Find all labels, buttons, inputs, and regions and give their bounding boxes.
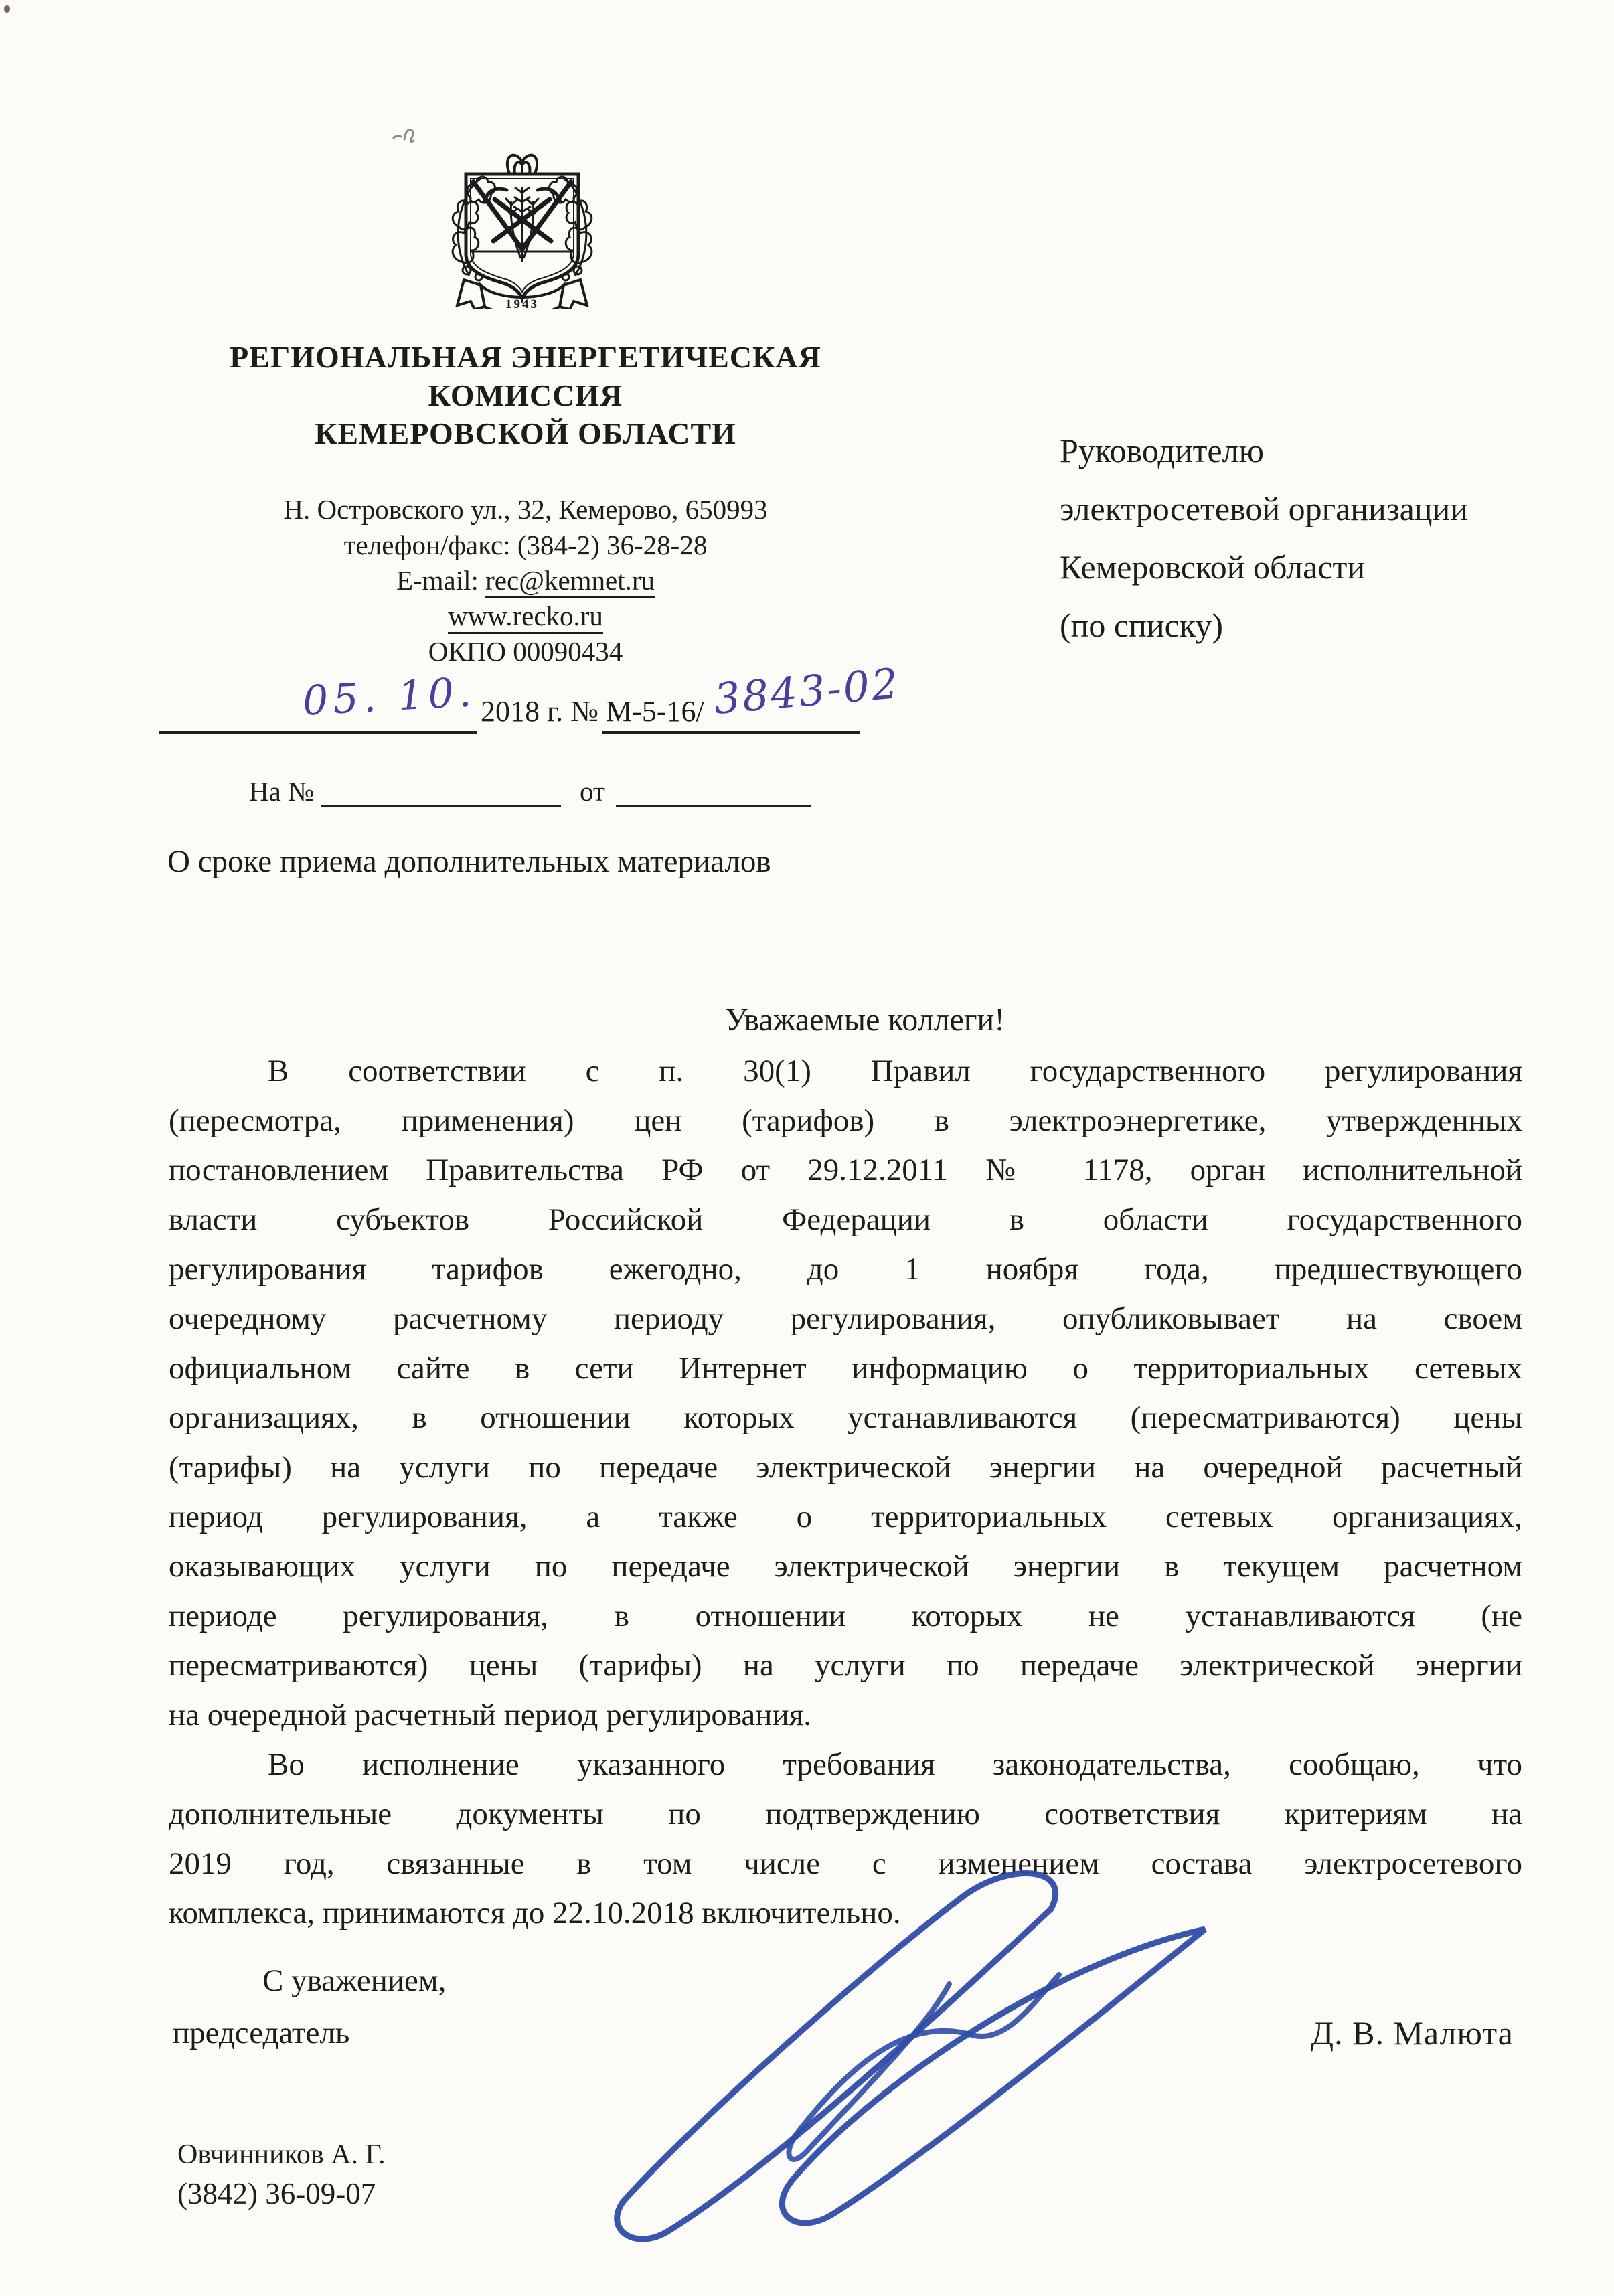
coat-of-arms-icon: 1943	[444, 149, 600, 309]
org-phone-fax: телефон/факс: (384-2) 36-28-28	[167, 527, 884, 563]
body-line: (пересмотра, применения) цен (тарифов) в…	[169, 1096, 1522, 1145]
emblem-tulip-crest	[507, 155, 537, 173]
body-line: Во исполнение указанного требования зако…	[169, 1740, 1522, 1789]
scan-speck	[4, 5, 10, 13]
email-label: E-mail:	[396, 565, 485, 596]
recipient-block: Руководителю электросетевой организации …	[1060, 422, 1568, 655]
subject-line: О сроке приема дополнительных материалов	[167, 843, 771, 880]
recipient-line: (по списку)	[1060, 596, 1568, 655]
body-line: регулирования тарифов ежегодно, до 1 ноя…	[169, 1244, 1522, 1294]
body-line: власти субъектов Российской Федерации в …	[169, 1195, 1522, 1244]
signer-name: Д. В. Малюта	[1311, 2014, 1514, 2052]
org-contacts: Н. Островского ул., 32, Кемерово, 650993…	[167, 492, 884, 669]
recipient-line: Кемеровской области	[1060, 538, 1568, 596]
body-line: на очередной расчетный период регулирова…	[169, 1690, 1522, 1740]
ribbon-banner-icon: 1943	[457, 280, 587, 309]
org-website-line: www.recko.ru	[167, 598, 884, 634]
number-blank-line	[602, 731, 860, 734]
body-line: официальном сайте в сети Интернет информ…	[169, 1343, 1522, 1393]
org-okpo: ОКПО 00090434	[167, 634, 884, 669]
stray-ink-mark-icon	[391, 123, 426, 146]
body-line: период регулирования, а также о территор…	[169, 1492, 1522, 1542]
body-line: организациях, в отношении которых устана…	[169, 1393, 1522, 1443]
reply-number-blank-line	[321, 805, 561, 807]
org-website: www.recko.ru	[448, 600, 603, 634]
org-email: rec@kemnet.ru	[485, 565, 655, 598]
closing-regards: С уважением,	[262, 1963, 446, 1999]
org-name-line: КОМИССИЯ	[167, 376, 884, 414]
reply-to-number-label: На №	[249, 775, 314, 807]
org-address: Н. Островского ул., 32, Кемерово, 650993	[167, 492, 884, 527]
contact-person-name: Овчинников А. Г.	[177, 2135, 386, 2174]
body-line: очередному расчетному периоду регулирова…	[169, 1294, 1522, 1343]
outgoing-number-printed: 2018 г. № М-5-16/	[481, 694, 704, 728]
emblem: 1943	[444, 149, 600, 313]
footer-contact-block: Овчинников А. Г. (3842) 36-09-07	[177, 2135, 386, 2213]
signature	[589, 1835, 1245, 2281]
signer-position: председатель	[173, 2015, 349, 2051]
body-paragraph-1: В соответствии с п. 30(1) Правил государ…	[169, 1046, 1522, 1740]
org-email-line: E-mail: rec@kemnet.ru	[167, 563, 884, 598]
handwritten-date: 05. 10.	[301, 669, 477, 724]
recipient-line: Руководителю	[1060, 422, 1568, 480]
org-name: РЕГИОНАЛЬНАЯ ЭНЕРГЕТИЧЕСКАЯ КОМИССИЯ КЕМ…	[167, 338, 884, 453]
body-line: оказывающих услуги по передаче электриче…	[169, 1542, 1522, 1591]
contact-person-phone: (3842) 36-09-07	[177, 2174, 386, 2213]
body-line: В соответствии с п. 30(1) Правил государ…	[169, 1046, 1522, 1096]
body-line: периоде регулирования, в отношении котор…	[169, 1591, 1522, 1641]
body-line: дополнительные документы по подтверждени…	[169, 1789, 1522, 1839]
body-line: (тарифы) на услуги по передаче электриче…	[169, 1443, 1522, 1492]
org-name-line: РЕГИОНАЛЬНАЯ ЭНЕРГЕТИЧЕСКАЯ	[167, 338, 884, 376]
body-line: пересматриваются) цены (тарифы) на услуг…	[169, 1641, 1522, 1690]
recipient-line: электросетевой организации	[1060, 480, 1568, 538]
scanned-letter-page: 1943 РЕГИОНАЛЬНАЯ ЭНЕРГЕТИЧЕСКАЯ КОМИССИ…	[0, 0, 1614, 2296]
date-blank-line	[159, 731, 477, 734]
signature-scribble-icon	[589, 1835, 1245, 2277]
reply-from-date-label: от	[580, 775, 605, 807]
salutation: Уважаемые коллеги!	[169, 999, 1522, 1041]
stray-ink-mark	[391, 123, 426, 149]
org-name-line: КЕМЕРОВСКОЙ ОБЛАСТИ	[167, 414, 884, 453]
reply-date-blank-line	[616, 805, 811, 807]
body-line: постановлением Правительства РФ от 29.12…	[169, 1145, 1522, 1195]
ribbon-year: 1943	[505, 297, 539, 309]
